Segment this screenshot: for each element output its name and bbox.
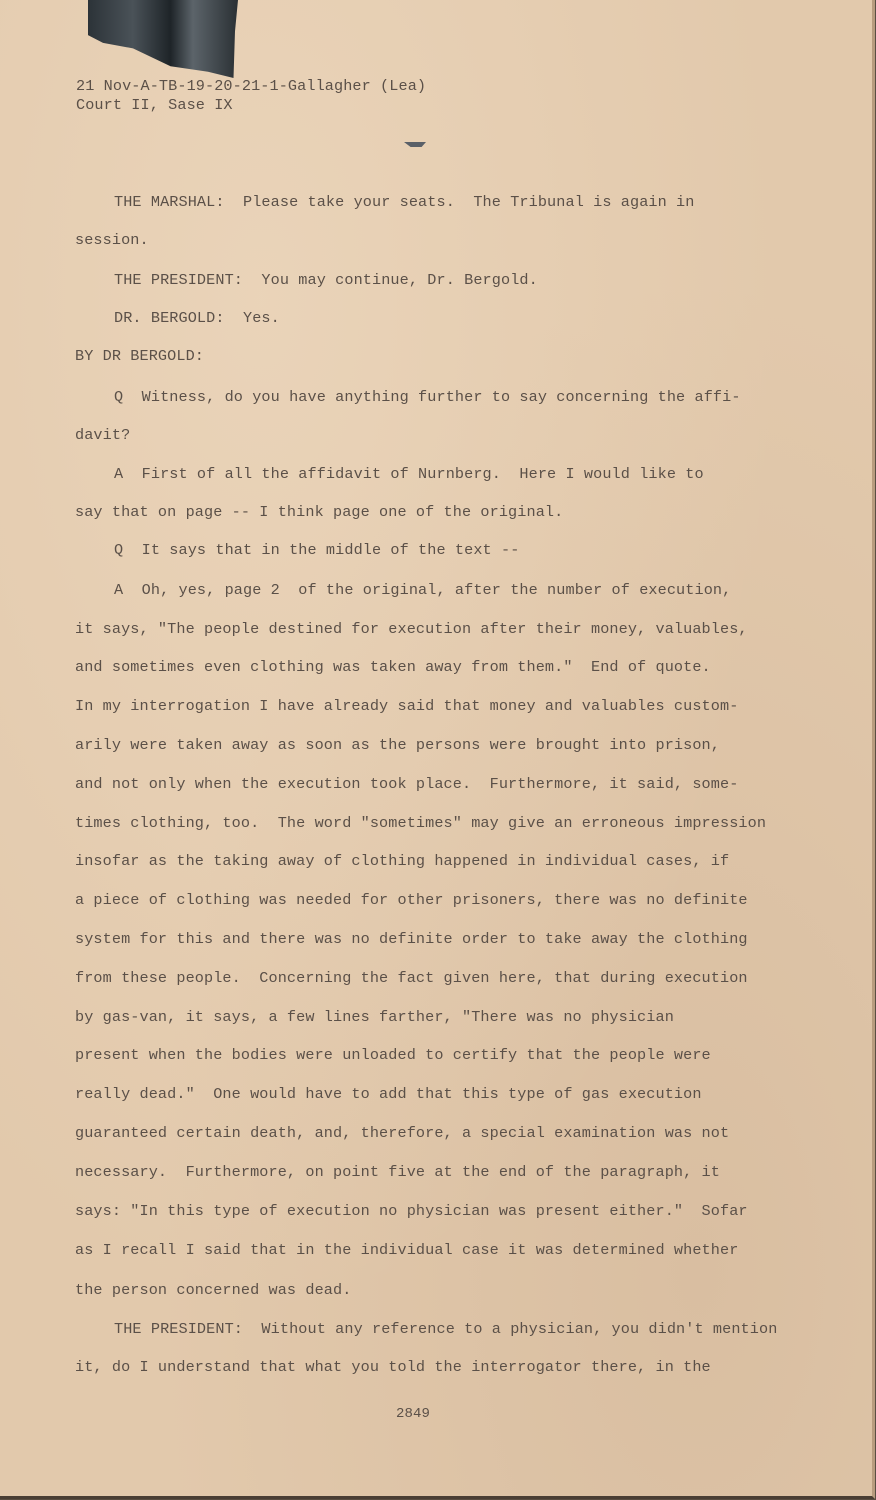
text-line: arily were taken away as soon as the per… [75, 736, 720, 754]
text-line: present when the bodies were unloaded to… [75, 1046, 711, 1064]
text-line: and sometimes even clothing was taken aw… [75, 658, 711, 676]
torn-corner [88, 0, 238, 78]
page-number: 2849 [396, 1406, 430, 1422]
text-line: THE PRESIDENT: Without any reference to … [114, 1320, 777, 1338]
text-line: say that on page -- I think page one of … [75, 503, 563, 521]
text-line: davit? [75, 426, 130, 444]
text-line: necessary. Furthermore, on point five at… [75, 1163, 720, 1181]
text-line: DR. BERGOLD: Yes. [114, 309, 280, 327]
document-header-id: 21 Nov-A-TB-19-20-21-1-Gallagher (Lea) [76, 77, 426, 95]
text-line: Q Witness, do you have anything further … [114, 388, 741, 406]
text-line: guaranteed certain death, and, therefore… [75, 1124, 729, 1142]
text-line: In my interrogation I have already said … [75, 697, 738, 715]
document-page: 21 Nov-A-TB-19-20-21-1-Gallagher (Lea) C… [0, 0, 875, 1499]
text-line: by gas-van, it says, a few lines farther… [75, 1008, 674, 1026]
punch-mark [404, 142, 426, 147]
text-line: times clothing, too. The word "sometimes… [75, 814, 766, 832]
text-line: A Oh, yes, page 2 of the original, after… [114, 581, 731, 599]
text-line: really dead." One would have to add that… [75, 1085, 702, 1103]
text-line: says: "In this type of execution no phys… [75, 1202, 748, 1220]
text-line: BY DR BERGOLD: [75, 347, 204, 365]
text-line: it says, "The people destined for execut… [75, 620, 748, 638]
text-line: Q It says that in the middle of the text… [114, 541, 519, 559]
text-line: A First of all the affidavit of Nurnberg… [114, 465, 704, 483]
document-header-court: Court II, Sase IX [76, 96, 233, 114]
text-line: the person concerned was dead. [75, 1281, 351, 1299]
text-line: insofar as the taking away of clothing h… [75, 852, 729, 870]
text-line: a piece of clothing was needed for other… [75, 891, 748, 909]
text-line: as I recall I said that in the individua… [75, 1241, 738, 1259]
text-line: it, do I understand that what you told t… [75, 1358, 711, 1376]
text-line: session. [75, 231, 149, 249]
text-line: THE PRESIDENT: You may continue, Dr. Ber… [114, 271, 538, 289]
text-line: system for this and there was no definit… [75, 930, 748, 948]
text-line: from these people. Concerning the fact g… [75, 969, 748, 987]
text-line: THE MARSHAL: Please take your seats. The… [114, 193, 694, 211]
text-line: and not only when the execution took pla… [75, 775, 738, 793]
